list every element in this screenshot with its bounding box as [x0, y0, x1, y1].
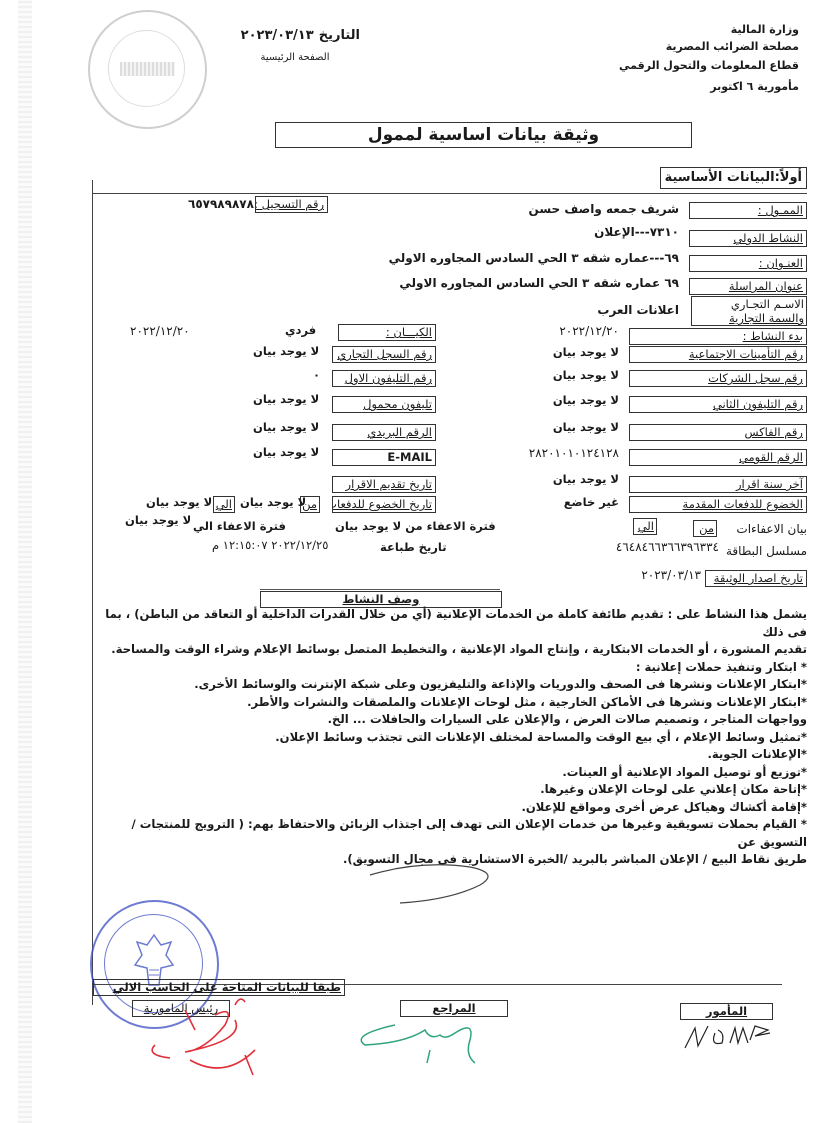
advance-payments-value: غير خاضع: [564, 496, 619, 510]
sector-line: قطاع المعلومات والتحول الرقمي: [619, 56, 799, 76]
handwritten-mark: [360, 855, 510, 910]
address-label: العنـوان :: [689, 255, 807, 272]
entity-value: فردي: [285, 324, 316, 338]
reviewer-signature: [345, 1015, 505, 1070]
description-line: *ابتكار الإعلانات ونشرها فى الأماكن الخا…: [102, 694, 807, 712]
description-line: * ابتكار وتنفيذ حملات إعلانية :: [102, 659, 807, 677]
date-value: ٢٠٢٣/٠٣/١٣: [241, 28, 314, 43]
mobile-label: تليفون محمول: [332, 396, 436, 413]
fax-label: رقم الفاكس: [629, 424, 807, 441]
registration-value: ٦٥٧٩٨٩٨٧٨: [188, 197, 254, 211]
page-label: الصفحة الرئيسية: [255, 52, 335, 64]
trade-name-value: اعلانات العرب: [597, 303, 679, 317]
exemption-period-to-value: لا يوجد بيان: [125, 514, 191, 528]
national-id-label: الرقم القومي: [629, 449, 807, 466]
description-line: * القيام بحملات تسويقية وغيرها من خدمات …: [102, 816, 807, 851]
authority-line: مصلحة الضرائب المصرية: [619, 38, 799, 56]
commercial-register-label: رقم السجل التجاري: [332, 346, 436, 363]
description-line: *ابتكار الإعلانات ونشرها فى الصحف والدور…: [102, 676, 807, 694]
description-line: *توزيع أو توصيل المواد الإعلانية أو العي…: [102, 764, 807, 782]
activity-start-value: ٢٠٢٢/١٢/٢٠: [559, 324, 619, 338]
ministry-header: وزارة المالية مصلحة الضرائب المصرية قطاع…: [619, 22, 799, 98]
print-date-value: ٢٠٢٢/١٢/٢٥ ١٢:١٥:٠٧ م: [212, 539, 328, 553]
second-phone-label: رقم التليفون الثاني: [629, 396, 807, 413]
description-line: يشمل هذا النشاط على : تقديم طائفة كاملة …: [102, 606, 807, 641]
payments-to-value: لا يوجد بيان: [146, 496, 212, 510]
second-phone-value: لا يوجد بيان: [553, 394, 619, 408]
description-line: *تمثيل وسائط الإعلام ، أي بيع الوقت والم…: [102, 729, 807, 747]
activity-label: النشاط الدولي: [689, 230, 807, 247]
advance-payments-label: الخضوع للدفعات المقدمة: [629, 496, 807, 513]
exemption-period-from: فترة الاعفاء من لا يوجد بيان: [335, 520, 496, 534]
description-line: *إتاحة مكان إعلاني على لوحات الإعلان وغي…: [102, 781, 807, 799]
section-divider: [92, 193, 807, 194]
issue-date-label: تاريخ اصدار الوثيقة: [705, 570, 807, 587]
registration-label: رقم التسجيل :: [255, 196, 328, 213]
payments-subject-date-label: تاريخ الخضوع للدفعات: [332, 496, 436, 513]
trade-name-label: الاسـم التجـاري والسمة التجارية: [691, 296, 807, 326]
payments-from-value: لا يوجد بيان: [240, 496, 306, 510]
social-insurance-value: لا يوجد بيان: [553, 346, 619, 360]
activity-start-label: بدء النشاط :: [629, 328, 807, 345]
print-date-label: تاريخ طباعة: [380, 541, 447, 555]
ministry-stamp: [88, 10, 207, 129]
issue-date-value: ٢٠٢٣/٠٣/١٣: [641, 568, 701, 582]
officer-signature: [680, 1018, 775, 1053]
email-label: E-MAIL: [332, 449, 436, 466]
first-phone-value: ٠: [313, 369, 320, 383]
exemptions-to-label: الي: [633, 518, 657, 535]
mailing-address-value: ٦٩ عماره شقه ٣ الحي السادس المجاوره الاو…: [399, 276, 679, 290]
companies-register-value: لا يوجد بيان: [553, 369, 619, 383]
description-line: تقديم المشورة ، أو الخدمات الابتكارية ، …: [102, 641, 807, 659]
payments-to-label: الي: [213, 496, 235, 513]
header-date: التاريخ ٢٠٢٣/٠٣/١٣: [240, 24, 360, 44]
taxpayer-label: الممـول :: [689, 202, 807, 219]
exemptions-label: بيان الاعفاءات: [736, 522, 807, 536]
address-value: ٦٩---عماره شقه ٣ الحي السادس المجاوره ال…: [389, 251, 679, 265]
exemption-period-to-label: فترة الاعفاء الي: [193, 520, 286, 534]
entity-label: الكيـــان :: [338, 324, 436, 341]
exemptions-from-label: من: [693, 520, 717, 537]
taxpayer-value: شريف جمعه واصف حسن: [529, 202, 679, 216]
postal-code-label: الرقم البريدي: [332, 424, 436, 441]
date-label: التاريخ: [319, 28, 360, 43]
ministry-line: وزارة المالية: [619, 22, 799, 38]
description-line: *الإعلانات الجوية.: [102, 746, 807, 764]
section-title: أولاً:البيانات الأساسية: [660, 167, 807, 189]
document-title: وثيقة بيانات اساسية لممول: [275, 122, 692, 148]
postal-code-value: لا يوجد بيان: [253, 421, 319, 435]
head-signature: [125, 990, 285, 1080]
last-return-year-value: لا يوجد بيان: [553, 473, 619, 487]
description-divider: [260, 589, 500, 590]
social-insurance-label: رقم التأمينات الاجتماعية: [629, 346, 807, 363]
card-serial-value: ٤٦٤٨٤٦٦٣٦٦٣٩٦٣٣٤: [616, 540, 719, 554]
activity-value: ٧٣١٠---الإعلان: [594, 225, 679, 239]
activity-description: يشمل هذا النشاط على : تقديم طائفة كاملة …: [102, 606, 807, 869]
mailing-address-label: عنوان المراسلة: [689, 278, 807, 295]
email-value: لا يوجد بيان: [253, 446, 319, 460]
national-id-value: ٢٨٢٠١٠١٠١٢٤١٢٨: [529, 446, 619, 460]
left-border-line: [92, 180, 93, 1005]
entity-date-value: ٢٠٢٢/١٢/٢٠: [130, 324, 190, 338]
last-return-year-label: آخر سنة اقرار: [629, 476, 807, 493]
office-line: مأمورية ٦ اكتوبر: [619, 76, 799, 98]
return-date-label: تاريخ تقديم الاقرار: [332, 476, 436, 493]
commercial-register-value: لا يوجد بيان: [253, 345, 319, 359]
mobile-value: لا يوجد بيان: [253, 393, 319, 407]
scan-artifact: [18, 0, 32, 1123]
description-line: *إقامة أكشاك وهياكل عرض أخرى ومواقع للإع…: [102, 799, 807, 817]
description-line: وواجهات المتاجر ، وتصميم صالات العرض ، و…: [102, 711, 807, 729]
first-phone-label: رقم التليفون الاول: [332, 370, 436, 387]
fax-value: لا يوجد بيان: [553, 421, 619, 435]
companies-register-label: رقم سجل الشركات: [629, 370, 807, 387]
card-serial-label: مسلسل البطاقة: [726, 544, 807, 558]
